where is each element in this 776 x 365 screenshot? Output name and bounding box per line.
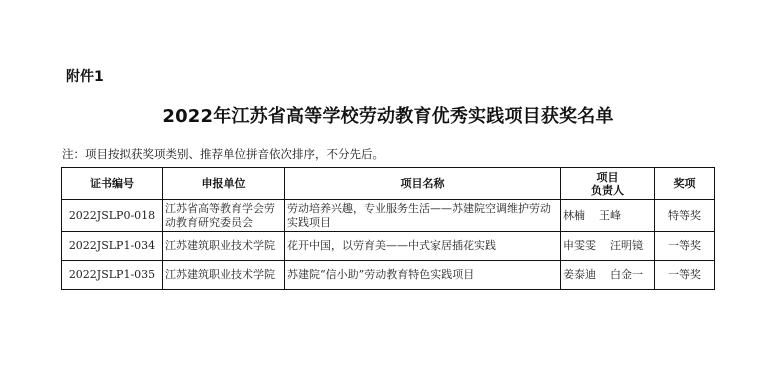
header-leader-line1: 项目 [563, 171, 652, 184]
cell-cert-no: 2022JSLP0-018 [62, 200, 163, 232]
cell-project: 花开中国，以劳育美——中式家居插花实践 [285, 232, 561, 261]
leader-name: 汪明镜 [610, 239, 643, 252]
cell-leader: 林楠王峰 [561, 200, 655, 232]
leader-name: 王峰 [599, 209, 621, 222]
leader-name: 林楠 [563, 209, 585, 222]
cell-award: 一等奖 [655, 261, 715, 290]
cell-unit: 江苏建筑职业技术学院 [163, 261, 285, 290]
document-title: 2022年江苏省高等学校劳动教育优秀实践项目获奖名单 [0, 102, 776, 128]
header-leader: 项目 负责人 [561, 168, 655, 200]
table-row: 2022JSLP0-018 江苏省高等教育学会劳动教育研究委员会 劳动培养兴趣，… [62, 200, 715, 232]
cell-award: 特等奖 [655, 200, 715, 232]
cell-project: 苏建院“信小助”劳动教育特色实践项目 [285, 261, 561, 290]
note-text: 注：项目按拟获奖项类别、推荐单位拼音依次排序，不分先后。 [62, 146, 384, 162]
cell-unit: 江苏省高等教育学会劳动教育研究委员会 [163, 200, 285, 232]
cell-unit: 江苏建筑职业技术学院 [163, 232, 285, 261]
cell-award: 一等奖 [655, 232, 715, 261]
cell-project: 劳动培养兴趣，专业服务生活——苏建院空调维护劳动实践项目 [285, 200, 561, 232]
header-leader-line2: 负责人 [563, 184, 652, 197]
header-award: 奖项 [655, 168, 715, 200]
leader-name: 白金一 [610, 268, 643, 281]
leader-name: 申雯雯 [563, 239, 596, 252]
header-unit: 申报单位 [163, 168, 285, 200]
attachment-label: 附件1 [66, 66, 104, 86]
awards-table: 证书编号 申报单位 项目名称 项目 负责人 奖项 2022JSLP0-018 江… [61, 167, 715, 290]
cell-leader: 申雯雯汪明镜 [561, 232, 655, 261]
header-project: 项目名称 [285, 168, 561, 200]
table-row: 2022JSLP1-034 江苏建筑职业技术学院 花开中国，以劳育美——中式家居… [62, 232, 715, 261]
cell-cert-no: 2022JSLP1-035 [62, 261, 163, 290]
cell-cert-no: 2022JSLP1-034 [62, 232, 163, 261]
table-header-row: 证书编号 申报单位 项目名称 项目 负责人 奖项 [62, 168, 715, 200]
leader-name: 姜泰迪 [563, 268, 596, 281]
table-row: 2022JSLP1-035 江苏建筑职业技术学院 苏建院“信小助”劳动教育特色实… [62, 261, 715, 290]
header-cert-no: 证书编号 [62, 168, 163, 200]
cell-leader: 姜泰迪白金一 [561, 261, 655, 290]
